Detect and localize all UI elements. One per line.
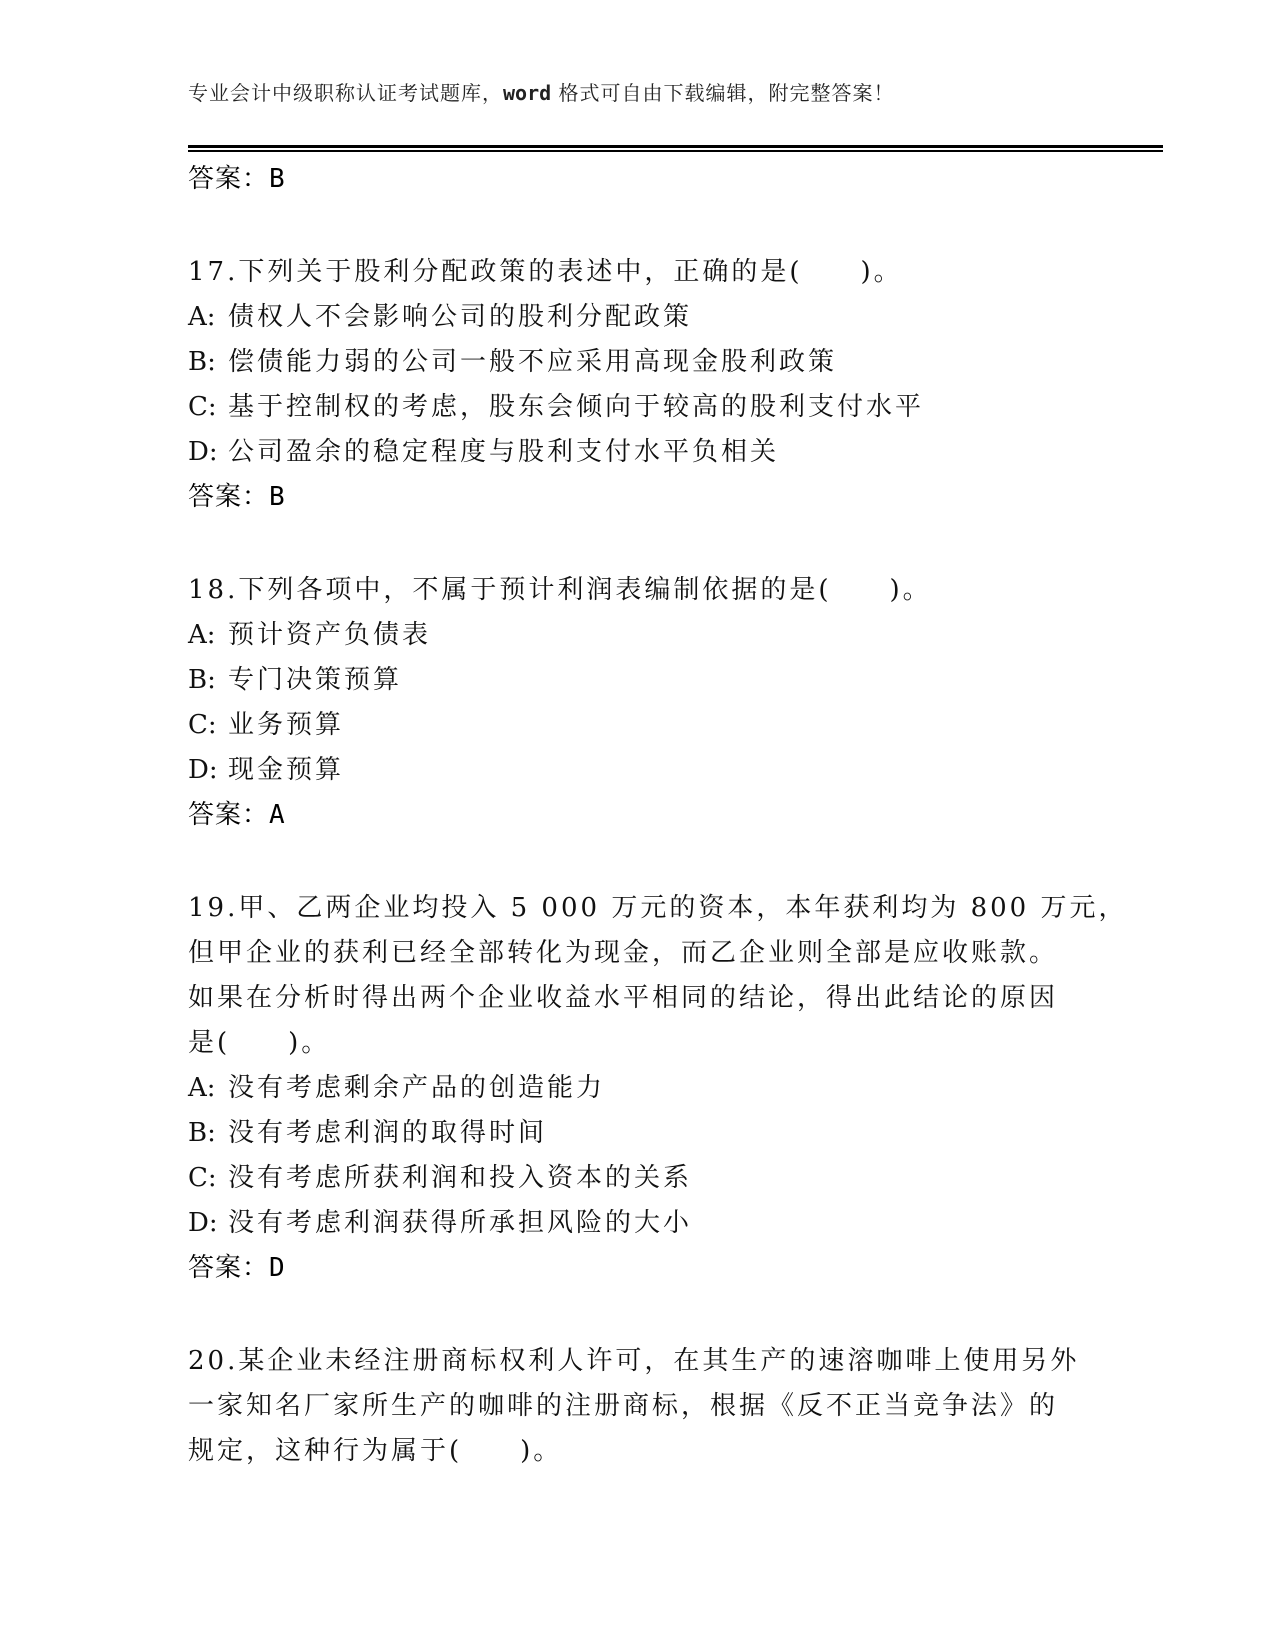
spacer	[188, 1291, 1068, 1339]
option-label: A:	[188, 1066, 228, 1111]
question-stem: 18.下列各项中，不属于预计利润表编制依据的是( )。	[188, 568, 1068, 613]
answer-value: B	[269, 482, 286, 512]
option-b: B:没有考虑利润的取得时间	[188, 1111, 1068, 1156]
answer-line-16: 答案：B	[188, 157, 1068, 202]
option-label: A:	[188, 295, 228, 340]
option-label: C:	[188, 703, 228, 748]
option-label: C:	[188, 385, 228, 430]
question-stem-line: 某企业未经注册商标权利人许可，在其生产的速溶咖啡上使用另外	[238, 1346, 1079, 1376]
option-a: A:债权人不会影响公司的股利分配政策	[188, 295, 1068, 340]
question-stem: 20.某企业未经注册商标权利人许可，在其生产的速溶咖啡上使用另外	[188, 1339, 1068, 1384]
question-stem: 17.下列关于股利分配政策的表述中，正确的是( )。	[188, 250, 1068, 295]
option-text: 预计资产负债表	[228, 620, 431, 650]
header-rule-thick	[188, 145, 1163, 148]
answer-line: 答案：A	[188, 793, 1068, 838]
question-stem-line: 下列关于股利分配政策的表述中，正确的是( )。	[238, 257, 902, 287]
option-c: C:没有考虑所获利润和投入资本的关系	[188, 1156, 1068, 1201]
option-text: 没有考虑利润的取得时间	[228, 1118, 547, 1148]
question-stem-continued: 一家知名厂家所生产的咖啡的注册商标，根据《反不正当竞争法》的	[188, 1384, 1068, 1429]
question-20: 20.某企业未经注册商标权利人许可，在其生产的速溶咖啡上使用另外 一家知名厂家所…	[188, 1339, 1068, 1474]
option-text: 偿债能力弱的公司一般不应采用高现金股利政策	[228, 347, 837, 377]
question-content: 答案：B 17.下列关于股利分配政策的表述中，正确的是( )。 A:债权人不会影…	[188, 157, 1068, 1474]
option-text: 公司盈余的稳定程度与股利支付水平负相关	[228, 437, 779, 467]
header-text-before: 专业会计中级职称认证考试题库，	[188, 81, 503, 105]
question-number: 18.	[188, 575, 238, 605]
answer-label: 答案：	[188, 482, 269, 512]
question-19: 19.甲、乙两企业均投入 5 000 万元的资本，本年获利均为 800 万元， …	[188, 886, 1068, 1291]
option-label: B:	[188, 340, 228, 385]
answer-value: B	[269, 164, 286, 194]
option-label: B:	[188, 658, 228, 703]
header-rule-thin	[188, 150, 1163, 152]
header-text-after: 格式可自由下载编辑，附完整答案！	[551, 81, 894, 105]
option-a: A:预计资产负债表	[188, 613, 1068, 658]
option-text: 专门决策预算	[228, 665, 402, 695]
option-text: 没有考虑利润获得所承担风险的大小	[228, 1208, 692, 1238]
option-d: D:没有考虑利润获得所承担风险的大小	[188, 1201, 1068, 1246]
header-text-word: word	[503, 81, 551, 105]
answer-value: D	[269, 1253, 286, 1283]
spacer	[188, 202, 1068, 250]
option-label: D:	[188, 748, 228, 793]
option-text: 业务预算	[228, 710, 344, 740]
spacer	[188, 838, 1068, 886]
option-c: C:基于控制权的考虑，股东会倾向于较高的股利支付水平	[188, 385, 1068, 430]
spacer	[188, 520, 1068, 568]
question-stem-continued: 规定，这种行为属于( )。	[188, 1429, 1068, 1474]
option-d: D:公司盈余的稳定程度与股利支付水平负相关	[188, 430, 1068, 475]
option-text: 债权人不会影响公司的股利分配政策	[228, 302, 692, 332]
answer-label: 答案：	[188, 800, 269, 830]
question-number: 17.	[188, 257, 238, 287]
option-label: D:	[188, 1201, 228, 1246]
question-stem-line: 下列各项中，不属于预计利润表编制依据的是( )。	[238, 575, 931, 605]
option-c: C:业务预算	[188, 703, 1068, 748]
answer-label: 答案：	[188, 1253, 269, 1283]
option-d: D:现金预算	[188, 748, 1068, 793]
page-header: 专业会计中级职称认证考试题库，word 格式可自由下载编辑，附完整答案！	[188, 78, 895, 108]
question-number: 20.	[188, 1346, 238, 1376]
answer-line: 答案：B	[188, 475, 1068, 520]
option-label: A:	[188, 613, 228, 658]
option-a: A:没有考虑剩余产品的创造能力	[188, 1066, 1068, 1111]
question-stem: 19.甲、乙两企业均投入 5 000 万元的资本，本年获利均为 800 万元，	[188, 886, 1068, 931]
question-stem-continued: 如果在分析时得出两个企业收益水平相同的结论，得出此结论的原因	[188, 976, 1068, 1021]
question-stem-continued: 但甲企业的获利已经全部转化为现金，而乙企业则全部是应收账款。	[188, 931, 1068, 976]
option-text: 没有考虑所获利润和投入资本的关系	[228, 1163, 692, 1193]
question-stem-continued: 是( )。	[188, 1021, 1068, 1066]
option-text: 现金预算	[228, 755, 344, 785]
question-17: 17.下列关于股利分配政策的表述中，正确的是( )。 A:债权人不会影响公司的股…	[188, 250, 1068, 520]
answer-label: 答案：	[188, 164, 269, 194]
option-label: B:	[188, 1111, 228, 1156]
option-label: D:	[188, 430, 228, 475]
option-text: 没有考虑剩余产品的创造能力	[228, 1073, 605, 1103]
question-number: 19.	[188, 893, 238, 923]
question-18: 18.下列各项中，不属于预计利润表编制依据的是( )。 A:预计资产负债表 B:…	[188, 568, 1068, 838]
question-stem-line: 甲、乙两企业均投入 5 000 万元的资本，本年获利均为 800 万元，	[238, 893, 1127, 923]
answer-line: 答案：D	[188, 1246, 1068, 1291]
option-text: 基于控制权的考虑，股东会倾向于较高的股利支付水平	[228, 392, 924, 422]
option-b: B:偿债能力弱的公司一般不应采用高现金股利政策	[188, 340, 1068, 385]
option-label: C:	[188, 1156, 228, 1201]
option-b: B:专门决策预算	[188, 658, 1068, 703]
answer-value: A	[269, 800, 286, 830]
